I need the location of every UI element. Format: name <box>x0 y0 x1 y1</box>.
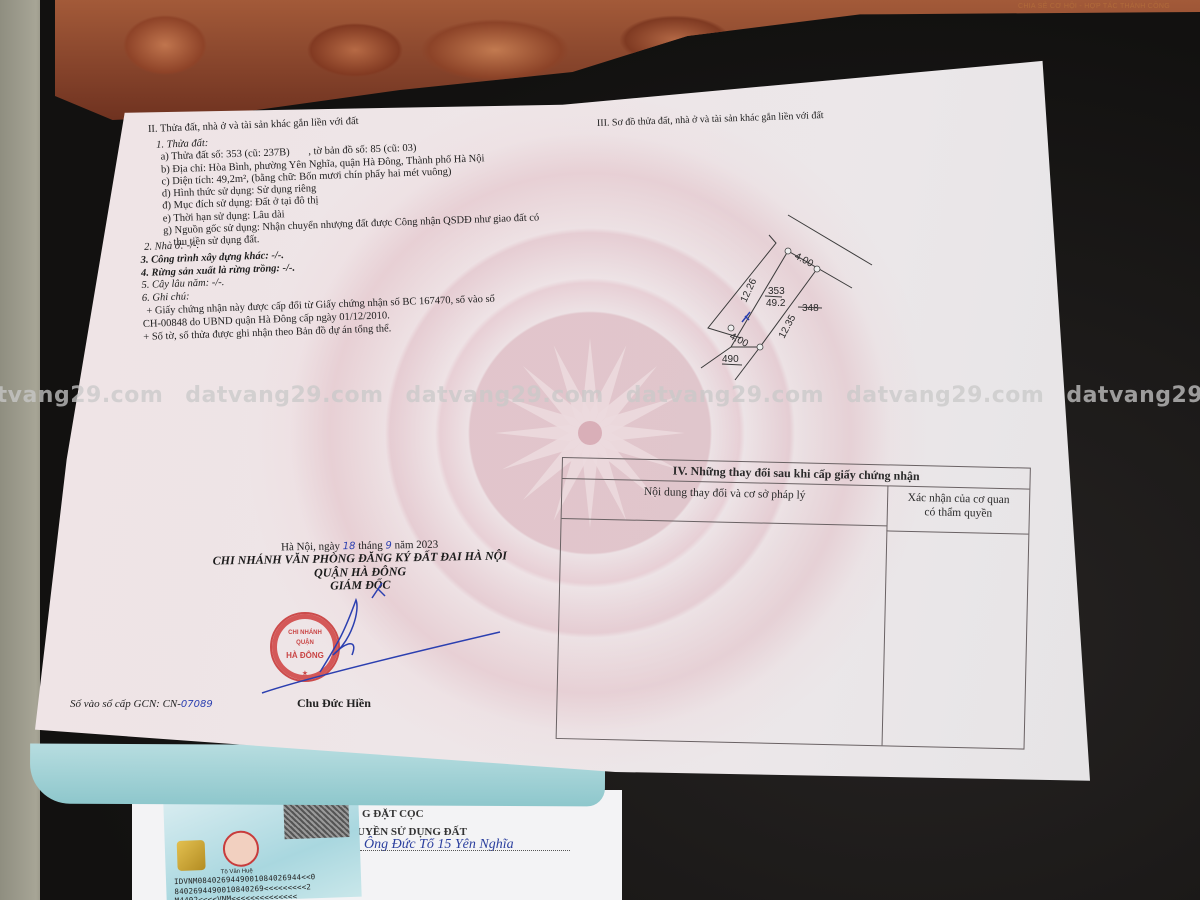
signature-strokes <box>0 0 1200 900</box>
registry-value: 07089 <box>181 699 213 710</box>
registry-number: Số vào sổ cấp GCN: CN-07089 <box>70 698 213 710</box>
signature-stroke <box>262 632 500 693</box>
registry-label: Số vào sổ cấp GCN: CN- <box>70 698 181 710</box>
signer-name: Chu Đức Hiền <box>297 696 371 711</box>
